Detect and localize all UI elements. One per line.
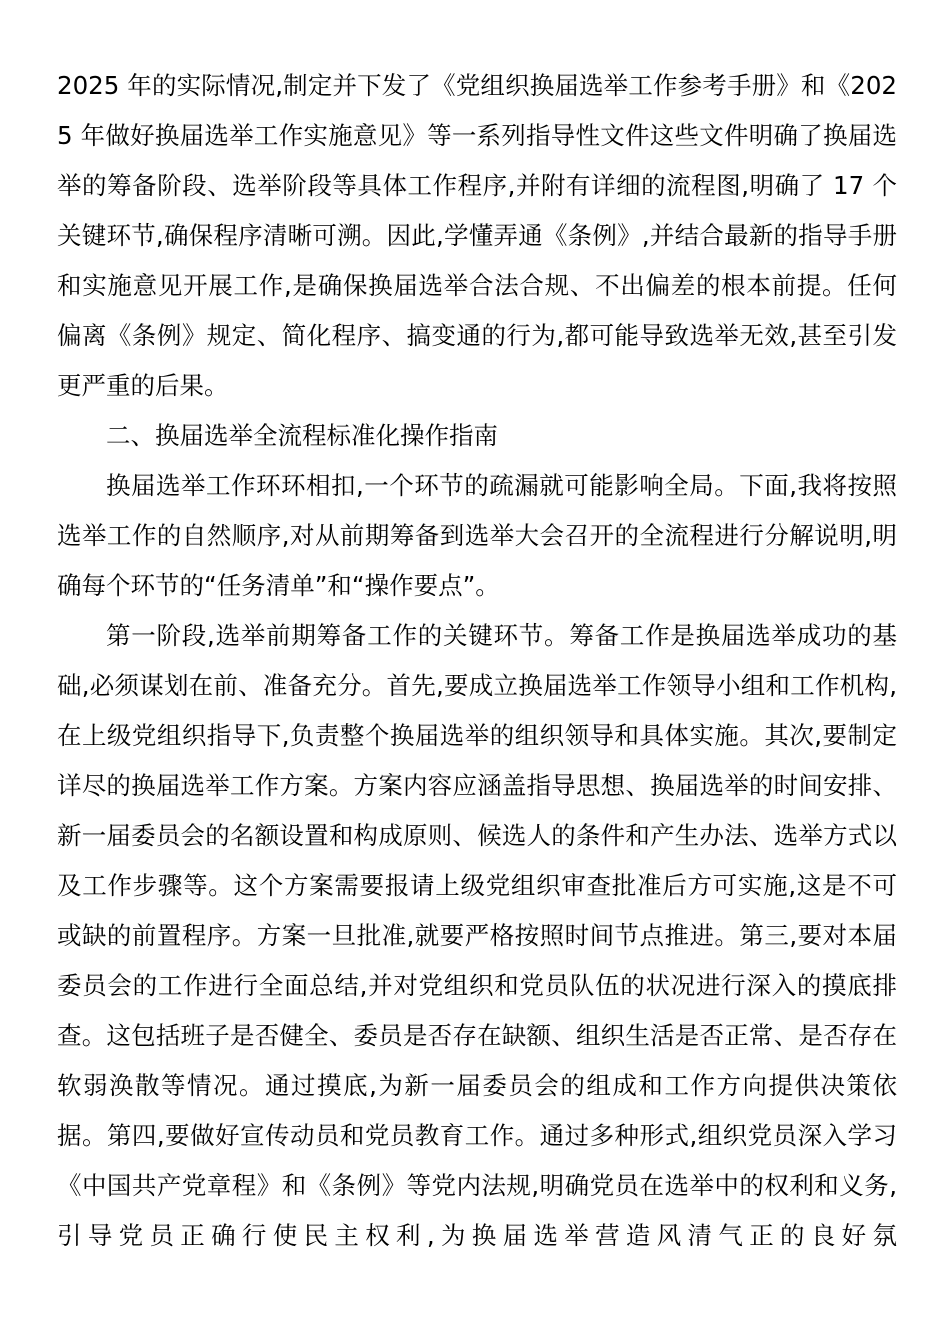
paragraph: 2025 年的实际情况,制定并下发了《党组织换届选举工作参考手册》和《2025 … <box>57 61 897 411</box>
document-body: 2025 年的实际情况,制定并下发了《党组织换届选举工作参考手册》和《2025 … <box>57 61 897 1261</box>
paragraph: 换届选举工作环环相扣,一个环节的疏漏就可能影响全局。下面,我将按照选举工作的自然… <box>57 461 897 611</box>
paragraph: 第一阶段,选举前期筹备工作的关键环节。筹备工作是换届选举成功的基础,必须谋划在前… <box>57 611 897 1261</box>
section-heading: 二、换届选举全流程标准化操作指南 <box>57 411 897 461</box>
document-page: 2025 年的实际情况,制定并下发了《党组织换届选举工作参考手册》和《2025 … <box>0 0 950 1344</box>
